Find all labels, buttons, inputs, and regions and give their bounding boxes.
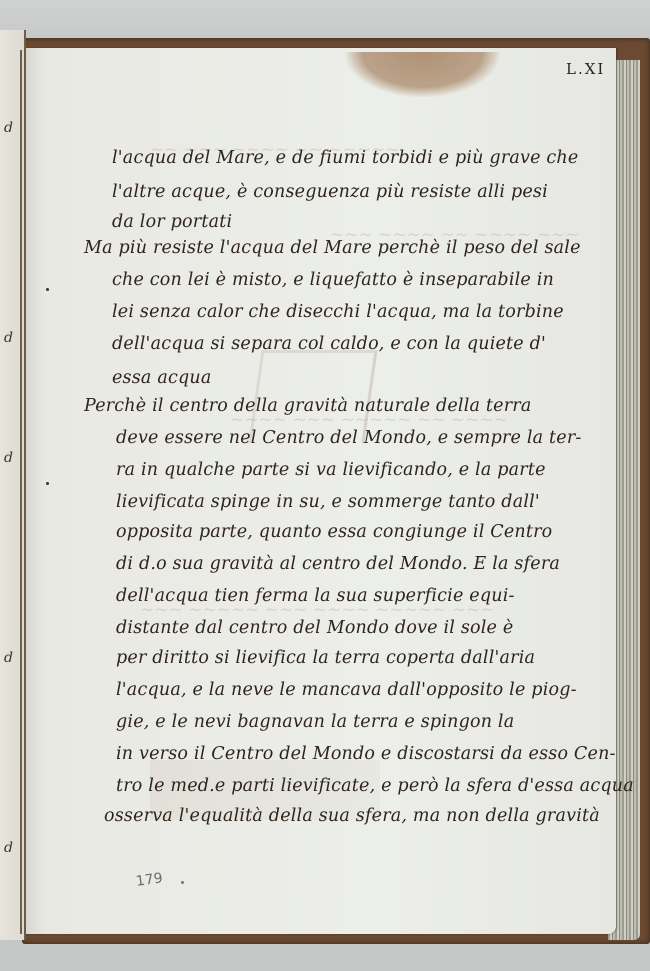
manuscript-line: osserva l'equalità della sua sfera, ma n… [104, 808, 600, 826]
manuscript-line: Perchè il centro della gravità naturale … [84, 398, 531, 416]
manuscript-line: in verso il Centro del Mondo e discostar… [116, 746, 616, 764]
manuscript-line: per diritto si lievifica la terra copert… [116, 650, 535, 668]
manuscript-line: di d.o sua gravità al centro del Mondo. … [116, 556, 560, 574]
folio-number: L.XI [566, 60, 605, 78]
manuscript-line: che con lei è misto, e liquefatto è inse… [112, 272, 554, 290]
water-stain [345, 52, 500, 97]
manuscript-line: opposita parte, quanto essa congiunge il… [116, 524, 552, 542]
gutter-line [20, 50, 22, 934]
left-page-mark: d [4, 450, 13, 466]
left-page-mark: d [4, 120, 13, 136]
backdrop-bottom [0, 940, 650, 971]
manuscript-line: dell'acqua tien ferma la sua superficie … [116, 588, 515, 606]
ink-dot [46, 482, 49, 485]
manuscript-line: gie, e le nevi bagnavan la terra e sping… [116, 714, 514, 732]
pencil-dot [181, 881, 184, 884]
left-page-mark: d [4, 330, 13, 346]
manuscript-line: dell'acqua si separa col caldo, e con la… [112, 336, 546, 354]
manuscript-line: distante dal centro del Mondo dove il so… [116, 620, 513, 638]
manuscript-line: deve essere nel Centro del Mondo, e semp… [116, 430, 582, 448]
manuscript-line: tro le med.e parti lievificate, e però l… [116, 778, 634, 796]
left-page-edge: d d d d d [0, 30, 26, 940]
manuscript-line: Ma più resiste l'acqua del Mare perchè i… [84, 240, 581, 258]
left-page-mark: d [4, 650, 13, 666]
manuscript-line: l'altre acque, è conseguenza più resiste… [112, 184, 548, 202]
manuscript-line: l'acqua del Mare, e de fiumi torbidi e p… [112, 150, 578, 168]
manuscript-line: l'acqua, e la neve le mancava dall'oppos… [116, 682, 577, 700]
manuscript-line: lievificata spinge in su, e sommerge tan… [116, 494, 540, 512]
ink-dot [46, 288, 49, 291]
manuscript-line: essa acqua [112, 370, 211, 388]
manuscript-line: lei senza calor che disecchi l'acqua, ma… [112, 304, 564, 322]
manuscript-line: da lor portati [112, 214, 232, 232]
left-page-mark: d [4, 840, 13, 856]
manuscript-line: ra in qualche parte si va lievificando, … [116, 462, 546, 480]
